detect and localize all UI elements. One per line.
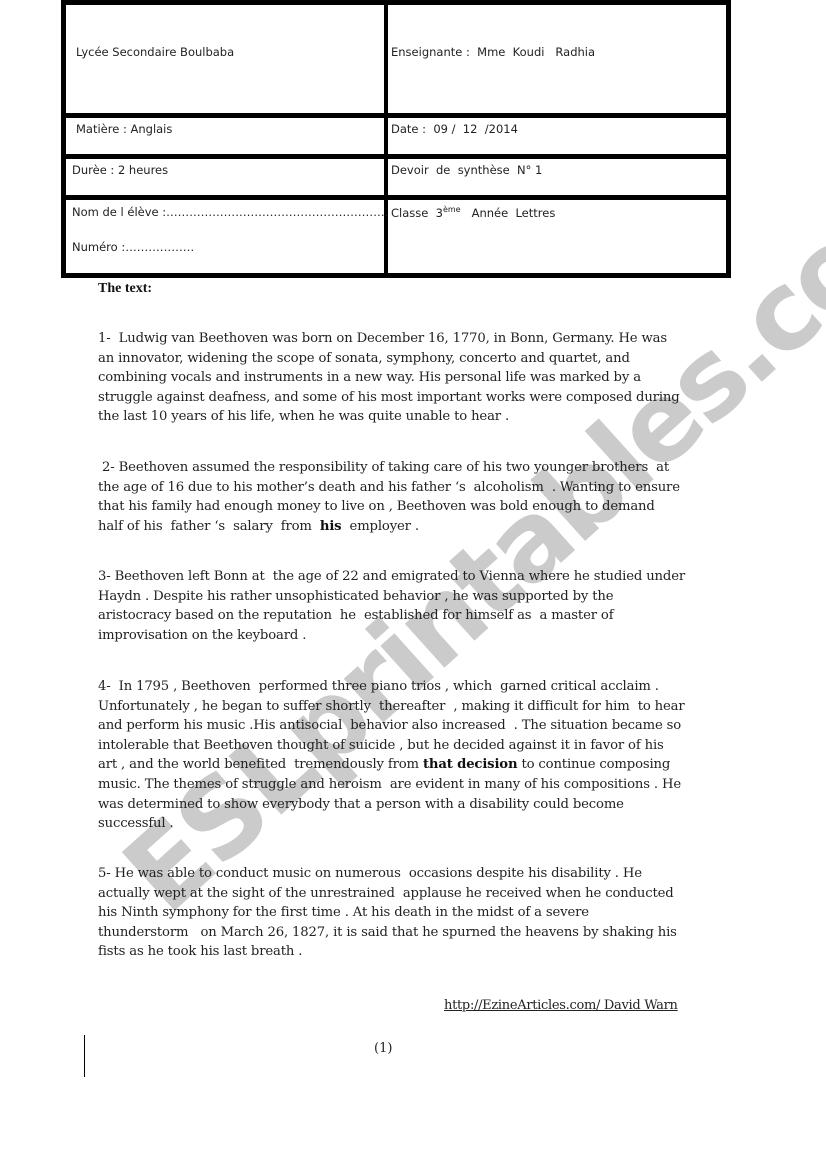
text-line: was determined to show everybody that a … bbox=[98, 795, 738, 815]
text-line: Unfortunately , he began to suffer short… bbox=[98, 697, 738, 717]
text-line: Haydn . Despite his rather unsophisticat… bbox=[98, 587, 738, 607]
text-line: 2- Beethoven assumed the responsibility … bbox=[98, 458, 738, 478]
text-line: improvisation on the keyboard . bbox=[98, 626, 738, 646]
margin-bar bbox=[84, 1035, 85, 1077]
text-line: half of his father ‘s salary from his em… bbox=[98, 517, 738, 537]
paragraph-1: 1- Ludwig van Beethoven was born on Dece… bbox=[98, 329, 738, 427]
text-line: 4- In 1795 , Beethoven performed three p… bbox=[98, 677, 738, 697]
text-line: struggle against deafness, and some of h… bbox=[98, 388, 738, 408]
exam-title: Devoir de synthèse N° 1 bbox=[391, 163, 542, 177]
text-line: the age of 16 due to his mother’s death … bbox=[98, 478, 738, 498]
text-line: 3- Beethoven left Bonn at the age of 22 … bbox=[98, 567, 738, 587]
header-table: Lycée Secondaire Boulbaba Enseignante : … bbox=[61, 0, 731, 278]
duration-cell: Durèe : 2 heures bbox=[65, 158, 385, 196]
bold-word: his bbox=[320, 519, 342, 534]
class-suffix: Année Lettres bbox=[461, 206, 556, 220]
exam-cell: Devoir de synthèse N° 1 bbox=[387, 158, 727, 196]
source-link[interactable]: http://EzineArticles.com/ David Warn bbox=[444, 998, 678, 1013]
subject: Matière : Anglais bbox=[76, 122, 172, 136]
text-span: employer . bbox=[341, 519, 418, 534]
class-sup: ème bbox=[443, 205, 461, 214]
section-title: The text: bbox=[98, 281, 152, 297]
school-name: Lycée Secondaire Boulbaba bbox=[76, 45, 234, 59]
paragraph-4: 4- In 1795 , Beethoven performed three p… bbox=[98, 677, 738, 834]
text-line: an innovator, widening the scope of sona… bbox=[98, 349, 738, 369]
page-number: (1) bbox=[374, 1041, 392, 1056]
student-cell: Nom de l élève :…………………………………………………… Num… bbox=[65, 199, 385, 274]
text-line: thunderstorm on March 26, 1827, it is sa… bbox=[98, 923, 738, 943]
student-number-field[interactable]: Numéro :……………… bbox=[72, 240, 194, 254]
text-line: aristocracy based on the reputation he e… bbox=[98, 606, 738, 626]
document-page: ESLprintables.com Lycée Secondaire Boulb… bbox=[0, 0, 826, 1169]
class-label: Classe 3ème Année Lettres bbox=[391, 205, 555, 220]
text-line: and perform his music .His antisocial be… bbox=[98, 716, 738, 736]
text-line: 1- Ludwig van Beethoven was born on Dece… bbox=[98, 329, 738, 349]
text-line: 5- He was able to conduct music on numer… bbox=[98, 864, 738, 884]
text-line: the last 10 years of his life, when he w… bbox=[98, 407, 738, 427]
school-cell: Lycée Secondaire Boulbaba bbox=[65, 4, 385, 114]
teacher-cell: Enseignante : Mme Koudi Radhia bbox=[387, 4, 727, 114]
text-line: intolerable that Beethoven thought of su… bbox=[98, 736, 738, 756]
class-cell: Classe 3ème Année Lettres bbox=[387, 199, 727, 274]
text-line: successful . bbox=[98, 814, 738, 834]
text-line: music. The themes of struggle and herois… bbox=[98, 775, 738, 795]
text-line: that his family had enough money to live… bbox=[98, 497, 738, 517]
text-line: fists as he took his last breath . bbox=[98, 942, 738, 962]
bold-phrase: that decision bbox=[423, 757, 517, 772]
text-line: art , and the world benefited tremendous… bbox=[98, 755, 738, 775]
paragraph-5: 5- He was able to conduct music on numer… bbox=[98, 864, 738, 962]
text-line: actually wept at the sight of the unrest… bbox=[98, 884, 738, 904]
text-line: his Ninth symphony for the first time . … bbox=[98, 903, 738, 923]
class-prefix: Classe 3 bbox=[391, 206, 443, 220]
teacher-name: Enseignante : Mme Koudi Radhia bbox=[391, 45, 595, 59]
text-span: half of his father ‘s salary from bbox=[98, 519, 320, 534]
duration: Durèe : 2 heures bbox=[72, 163, 168, 177]
text-line: combining vocals and instruments in a ne… bbox=[98, 368, 738, 388]
paragraph-3: 3- Beethoven left Bonn at the age of 22 … bbox=[98, 567, 738, 645]
student-name-field[interactable]: Nom de l élève :…………………………………………………… bbox=[72, 205, 396, 219]
text-span: to continue composing bbox=[517, 757, 670, 772]
paragraph-2: 2- Beethoven assumed the responsibility … bbox=[98, 458, 738, 536]
date-cell: Date : 09 / 12 /2014 bbox=[387, 117, 727, 155]
exam-date: Date : 09 / 12 /2014 bbox=[391, 122, 518, 136]
subject-cell: Matière : Anglais bbox=[65, 117, 385, 155]
text-span: art , and the world benefited tremendous… bbox=[98, 757, 423, 772]
